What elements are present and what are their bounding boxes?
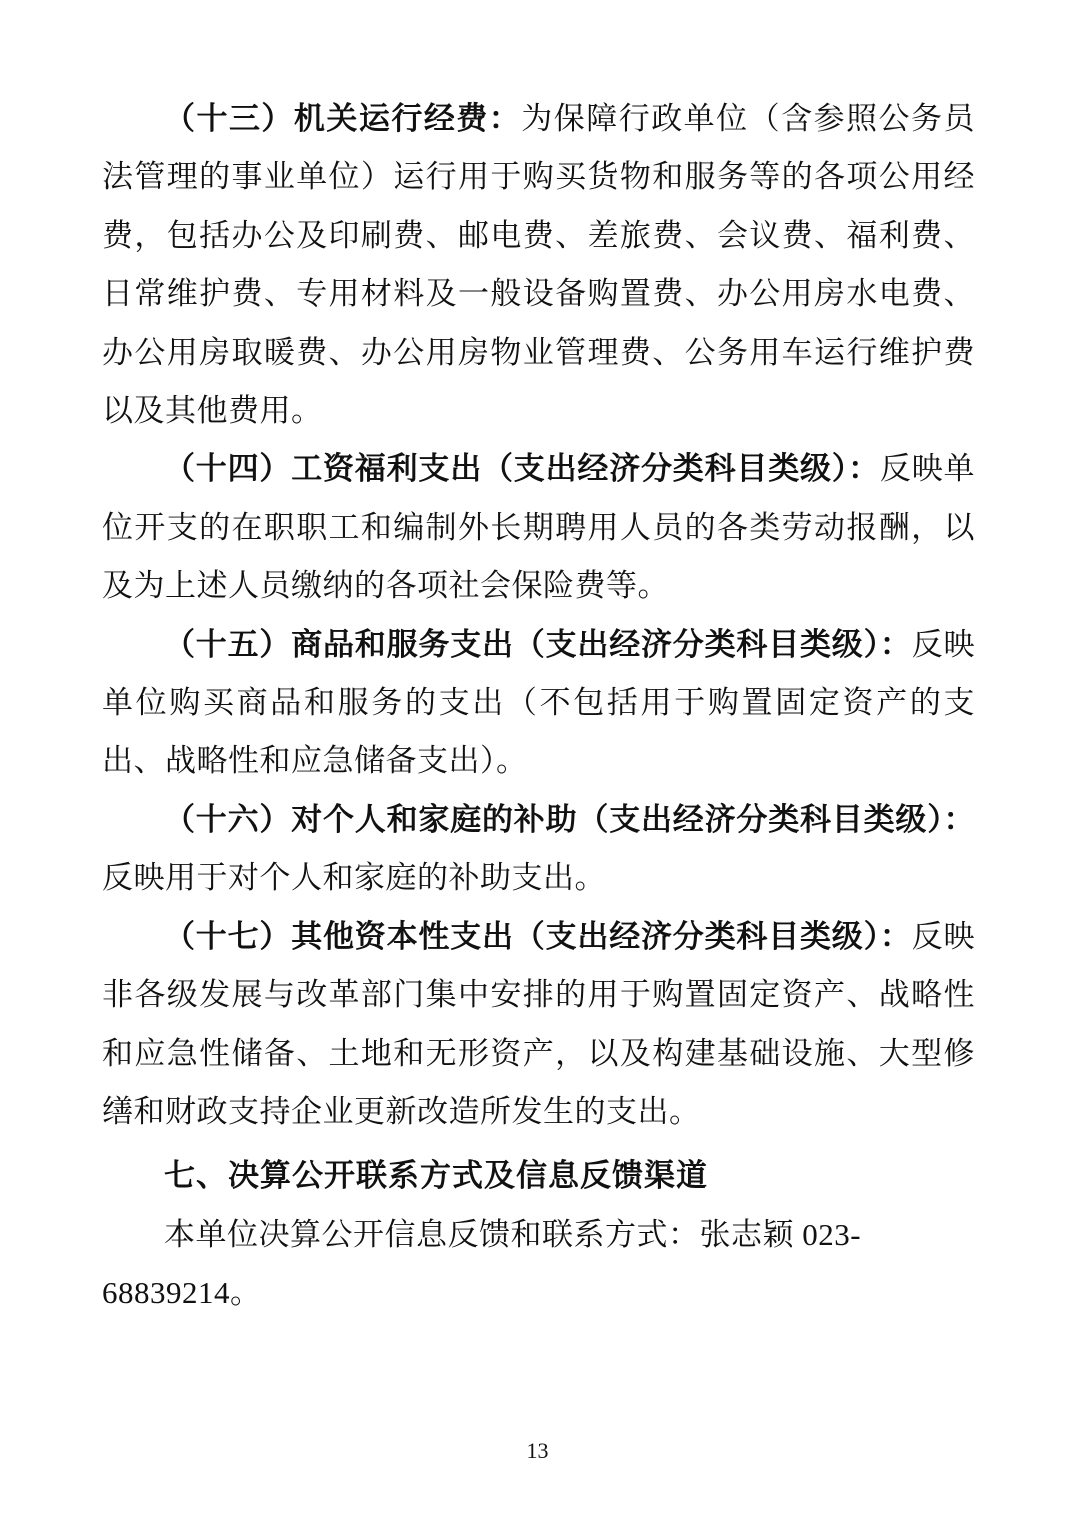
document-page: （十三）机关运行经费：为保障行政单位（含参照公务员法管理的事业单位）运行用于购买… — [0, 0, 1075, 1520]
paragraph-14-wage-welfare-expenditure: （十四）工资福利支出（支出经济分类科目类级）：反映单位开支的在职职工和编制外长期… — [102, 440, 975, 615]
paragraph-body: 为保障行政单位（含参照公务员法管理的事业单位）运行用于购买货物和服务等的各项公用… — [102, 101, 975, 428]
contact-line: 本单位决算公开信息反馈和联系方式：张志颖 023-68839214。 — [102, 1206, 975, 1323]
paragraph-lead: （十三）机关运行经费： — [164, 101, 521, 136]
paragraph-15-goods-services-expenditure: （十五）商品和服务支出（支出经济分类科目类级）：反映单位购买商品和服务的支出（不… — [102, 616, 975, 791]
paragraph-17-other-capital-expenditure: （十七）其他资本性支出（支出经济分类科目类级）：反映非各级发展与改革部门集中安排… — [102, 908, 975, 1142]
paragraph-13-org-operating-expenses: （十三）机关运行经费：为保障行政单位（含参照公务员法管理的事业单位）运行用于购买… — [102, 90, 975, 440]
document-content: （十三）机关运行经费：为保障行政单位（含参照公务员法管理的事业单位）运行用于购买… — [102, 90, 975, 1323]
page-number: 13 — [0, 1438, 1075, 1464]
section-heading-contact-feedback: 七、决算公开联系方式及信息反馈渠道 — [102, 1147, 975, 1205]
paragraph-lead: （十六）对个人和家庭的补助（支出经济分类科目类级）： — [164, 802, 975, 837]
paragraph-16-individual-family-subsidies: （十六）对个人和家庭的补助（支出经济分类科目类级）：反映用于对个人和家庭的补助支… — [102, 791, 975, 908]
paragraph-lead: （十七）其他资本性支出（支出经济分类科目类级）： — [164, 919, 912, 954]
paragraph-lead: （十四）工资福利支出（支出经济分类科目类级）： — [164, 451, 880, 486]
paragraph-lead: （十五）商品和服务支出（支出经济分类科目类级）： — [164, 627, 912, 662]
paragraph-body: 反映用于对个人和家庭的补助支出。 — [102, 860, 606, 895]
